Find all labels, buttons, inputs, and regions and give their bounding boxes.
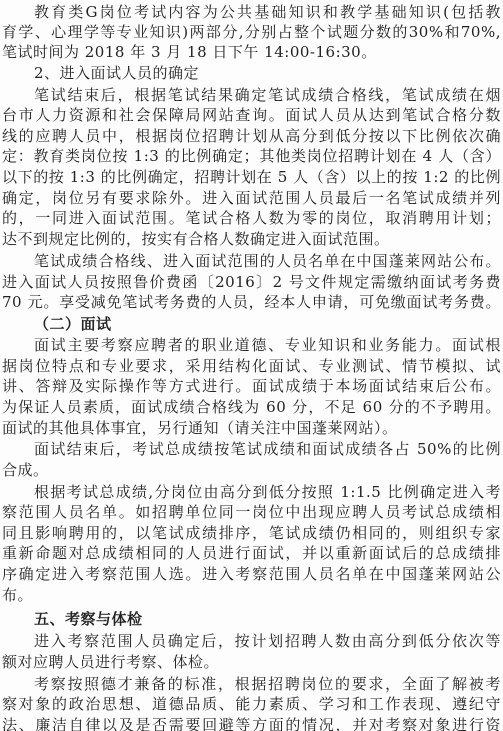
text-line: 面试的其他具体事宜，另行通知（请关注中国蓬莱网站）。 [2,418,501,438]
text-line: 的，一同进入面试范围。笔试合格人数为零的岗位，取消聘用计划； [2,208,501,228]
text-line: 同且影响聘用的，以笔试成绩排序，笔试成绩仍相同的，则组织专家 [2,523,501,543]
text-line: 讲、答辩及实际操作等方式进行。面试成绩于本场面试结束后公布。 [2,376,501,396]
text-line: 法、廉洁自律以及是否需要回避等方面的情况，并对考察对象进行资 [2,715,501,731]
text-line: 面试主要考察应聘者的职业道德、专业知识和业务能力。面试根 [34,335,501,355]
text-line: 70 元。享受减免笔试考务费的人员，经本人申请，可免缴面试考务费。 [2,292,501,312]
text-line: 面试结束后，考试总成绩按笔试成绩和面试成绩各占 50%的比例 [34,439,501,459]
text-line: 以下的按 1:3 的比例确定，招聘计划在 5 人（含）以上的按 1:2 的比例 [2,167,501,187]
text-line: 进入面试人员按照鲁价费函〔2016〕2 号文件规定需缴纳面试考务费 [2,272,501,292]
section-heading: （二）面试 [34,314,501,334]
text-line: 为保证人员素质，面试成绩合格线为 60 分，不足 60 分的不予聘用。 [2,397,501,417]
text-line: 察范围人员名单。如招聘单位同一岗位中出现应聘人员考试总成绩相 [2,502,501,522]
text-line: 序确定进入考察范围人选。进入考察范围人员名单在中国蓬莱网站公 [2,564,501,584]
text-line: 2、进入面试人员的确定 [34,63,501,83]
text-line: 布。 [2,585,501,605]
text-line: 重新命题对总成绩相同的人员进行面试，并以重新面试后的总成绩排 [2,543,501,563]
text-line: 根据考试总成绩,分岗位由高分到低分按照 1:1.5 比例确定进入考 [34,482,501,502]
text-line: 笔试成绩合格线、进入面试范围的人员名单在中国蓬莱网站公布。 [34,251,501,271]
text-line: 考察按照德才兼备的标准，根据招聘岗位的要求，全面了解被考 [34,674,501,694]
text-line: 台市人力资源和社会保障局网站查询。面试人员从达到笔试合格分数 [2,105,501,125]
text-line: 额对应聘人员进行考察、体检。 [2,652,501,672]
text-line: 达不到规定比例的，按实有合格人数确定进入面试范围。 [2,229,501,249]
text-line: 察对象的政治思想、道德品质、能力素质、学习和工作表现、遵纪守 [2,694,501,714]
text-line: 进入考察范围人员确定后，按计划招聘人数由高分到低分依次等 [34,631,501,651]
text-line: 定：教育类岗位按 1:3 的比例确定；其他类岗位招聘计划在 4 人（含） [2,146,501,166]
text-line: 笔试结束后，根据笔试结果确定笔试成绩合格线，笔试成绩在烟 [34,85,501,105]
text-line: 教育类G岗位考试内容为公共基础知识和教学基础知识(包括教 [34,2,501,22]
text-line: 合成。 [2,460,501,480]
section-heading: 五、考察与体检 [34,609,501,629]
text-line: 线的应聘人员中，根据岗位招聘计划从高分到低分按以下比例依次确 [2,126,501,146]
text-line: 据岗位特点和专业要求，采用结构化面试、专业测试、情节模拟、试 [2,356,501,376]
text-line: 确定，岗位另有要求除外。进入面试范围人员最后一名笔试成绩并列 [2,188,501,208]
text-line: 笔试时间为 2018 年 3 月 18 日下午 14:00-16:30。 [2,42,501,62]
text-line: 育学、心理学等专业知识)两部分,分别占整个试题分数的30%和70%, [2,22,501,42]
document-page: 教育类G岗位考试内容为公共基础知识和教学基础知识(包括教育学、心理学等专业知识)… [0,0,503,731]
